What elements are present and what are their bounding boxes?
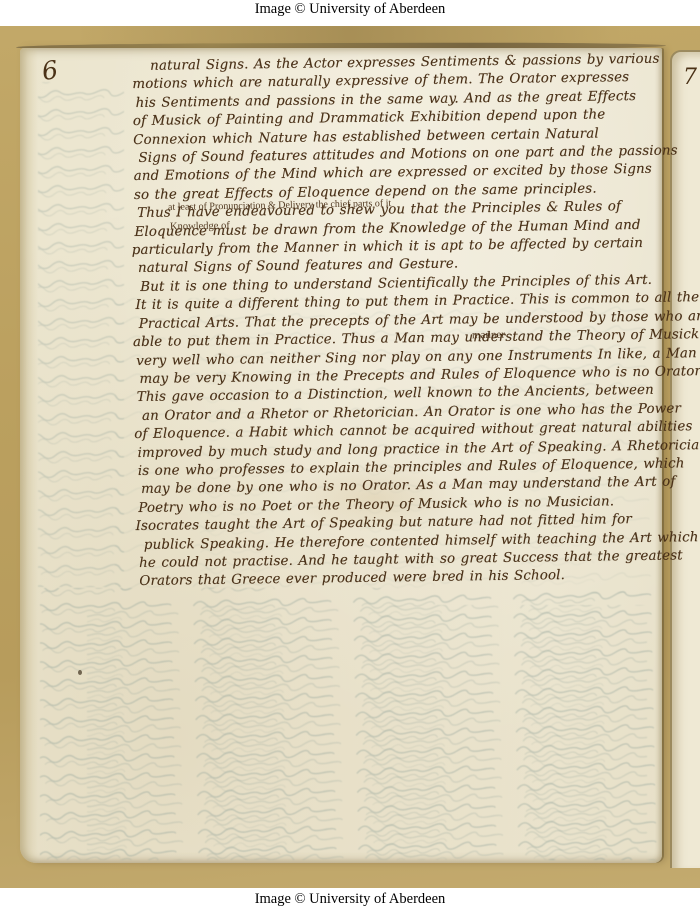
interlineation: Knowledge of (170, 220, 230, 232)
interlineation: manner (472, 329, 505, 342)
ink-speck (78, 670, 82, 675)
manuscript-page: 6 natural Signs. As the Actor expresses … (20, 48, 662, 863)
manuscript-text-block: natural Signs. As the Actor expresses Se… (132, 50, 684, 591)
next-page-number: 7 (683, 65, 697, 90)
top-caption: Image © University of Aberdeen (0, 0, 700, 26)
page-left-edge (20, 48, 38, 863)
manuscript-scan: 6 natural Signs. As the Actor expresses … (0, 26, 700, 888)
page-number: 6 (40, 55, 60, 86)
bottom-caption: Image © University of Aberdeen (0, 888, 700, 910)
